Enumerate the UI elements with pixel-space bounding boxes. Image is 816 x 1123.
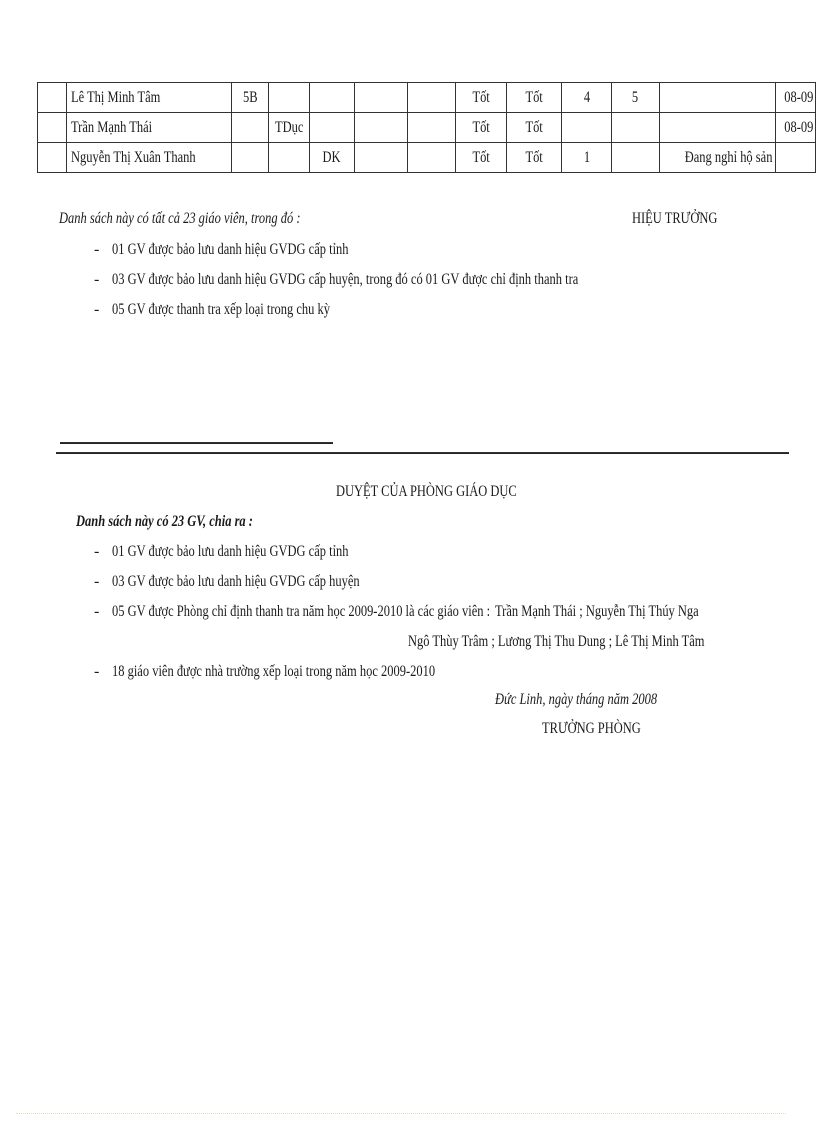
- teacher-name-cell: Trần Mạnh Thái: [67, 113, 232, 143]
- bullet-dash: -: [94, 573, 99, 591]
- bullet-dash: -: [94, 663, 99, 681]
- bullet-dash: -: [94, 301, 99, 319]
- table-cell: Tốt: [506, 113, 561, 143]
- table-cell: Tốt: [455, 143, 506, 173]
- department-bullet-item: 03 GV được bảo lưu danh hiệu GVDG cấp hu…: [112, 573, 429, 591]
- table-cell: [660, 83, 775, 113]
- place-date: Đức Linh, ngày tháng năm 2008: [495, 691, 703, 709]
- department-bullet-item: 18 giáo viên được nhà trường xếp loại tr…: [112, 663, 526, 681]
- school-summary-intro: Danh sách này có tất cả 23 giáo viên, tr…: [59, 210, 369, 228]
- table-cell: [309, 113, 354, 143]
- school-bullet-item: 03 GV được bảo lưu danh hiệu GVDG cấp hu…: [112, 271, 710, 289]
- table-row: Lê Thị Minh Tâm5BTốtTốt4508-09: [38, 83, 816, 113]
- table-cell: Tốt: [455, 83, 506, 113]
- table-cell: [562, 113, 611, 143]
- table-cell: 5B: [231, 83, 268, 113]
- bullet-dash: -: [94, 271, 99, 289]
- table-cell: [611, 113, 659, 143]
- table-cell: [775, 143, 815, 173]
- table-cell: [269, 83, 310, 113]
- table-cell: 5: [611, 83, 659, 113]
- department-bullet-item: 01 GV được bảo lưu danh hiệu GVDG cấp tỉ…: [112, 543, 415, 561]
- table-cell: 08-09: [775, 113, 815, 143]
- table-cell: [269, 143, 310, 173]
- principal-signature-title: HIỆU TRƯỞNG: [632, 210, 741, 228]
- table-cell: [354, 83, 408, 113]
- teacher-table: Lê Thị Minh Tâm5BTốtTốt4508-09Trần Mạnh …: [37, 82, 816, 173]
- teacher-name-cell: Nguyễn Thị Xuân Thanh: [67, 143, 232, 173]
- table-cell: [408, 83, 455, 113]
- department-head-signature-title: TRƯỞNG PHÒNG: [542, 720, 669, 738]
- table-cell: Đang nghỉ hộ sản: [660, 143, 775, 173]
- department-approval-title: DUYỆT CỦA PHÒNG GIÁO DỤC: [336, 483, 568, 501]
- signature-line: [60, 442, 333, 444]
- table-cell: [660, 113, 775, 143]
- table-cell: Tốt: [455, 113, 506, 143]
- table-row: Nguyễn Thị Xuân ThanhDKTốtTốt1Đang nghỉ …: [38, 143, 816, 173]
- school-bullet-item: 05 GV được thanh tra xếp loại trong chu …: [112, 301, 391, 319]
- table-cell: [231, 143, 268, 173]
- inspected-teachers-line-1: Trần Mạnh Thái ; Nguyễn Thị Thúy Nga: [495, 603, 756, 621]
- table-cell: [354, 143, 408, 173]
- section-divider: [56, 452, 789, 454]
- table-cell: [38, 143, 67, 173]
- table-cell: 4: [562, 83, 611, 113]
- table-cell: 1: [562, 143, 611, 173]
- inspected-teachers-line-2: Ngô Thùy Trâm ; Lương Thị Thu Dung ; Lê …: [408, 633, 788, 651]
- table-cell: 08-09: [775, 83, 815, 113]
- bullet-dash: -: [94, 543, 99, 561]
- table-cell: Tốt: [506, 143, 561, 173]
- bullet-dash: -: [94, 241, 99, 259]
- teacher-name-cell: Lê Thị Minh Tâm: [67, 83, 232, 113]
- table-cell: Tốt: [506, 83, 561, 113]
- table-cell: [408, 143, 455, 173]
- table-cell: [309, 83, 354, 113]
- table-cell: [38, 83, 67, 113]
- bullet-dash: -: [94, 603, 99, 621]
- table-cell: [231, 113, 268, 143]
- table-cell: [408, 113, 455, 143]
- table-cell: [611, 143, 659, 173]
- table-row: Trần Mạnh TháiTDụcTốtTốt08-09: [38, 113, 816, 143]
- school-bullet-item: 01 GV được bảo lưu danh hiệu GVDG cấp tỉ…: [112, 241, 415, 259]
- table-cell: TDục: [269, 113, 310, 143]
- department-summary-intro: Danh sách này có 23 GV, chia ra :: [76, 513, 303, 531]
- table-cell: [38, 113, 67, 143]
- table-cell: DK: [309, 143, 354, 173]
- table-cell: [354, 113, 408, 143]
- page-bottom-border: [16, 1113, 786, 1114]
